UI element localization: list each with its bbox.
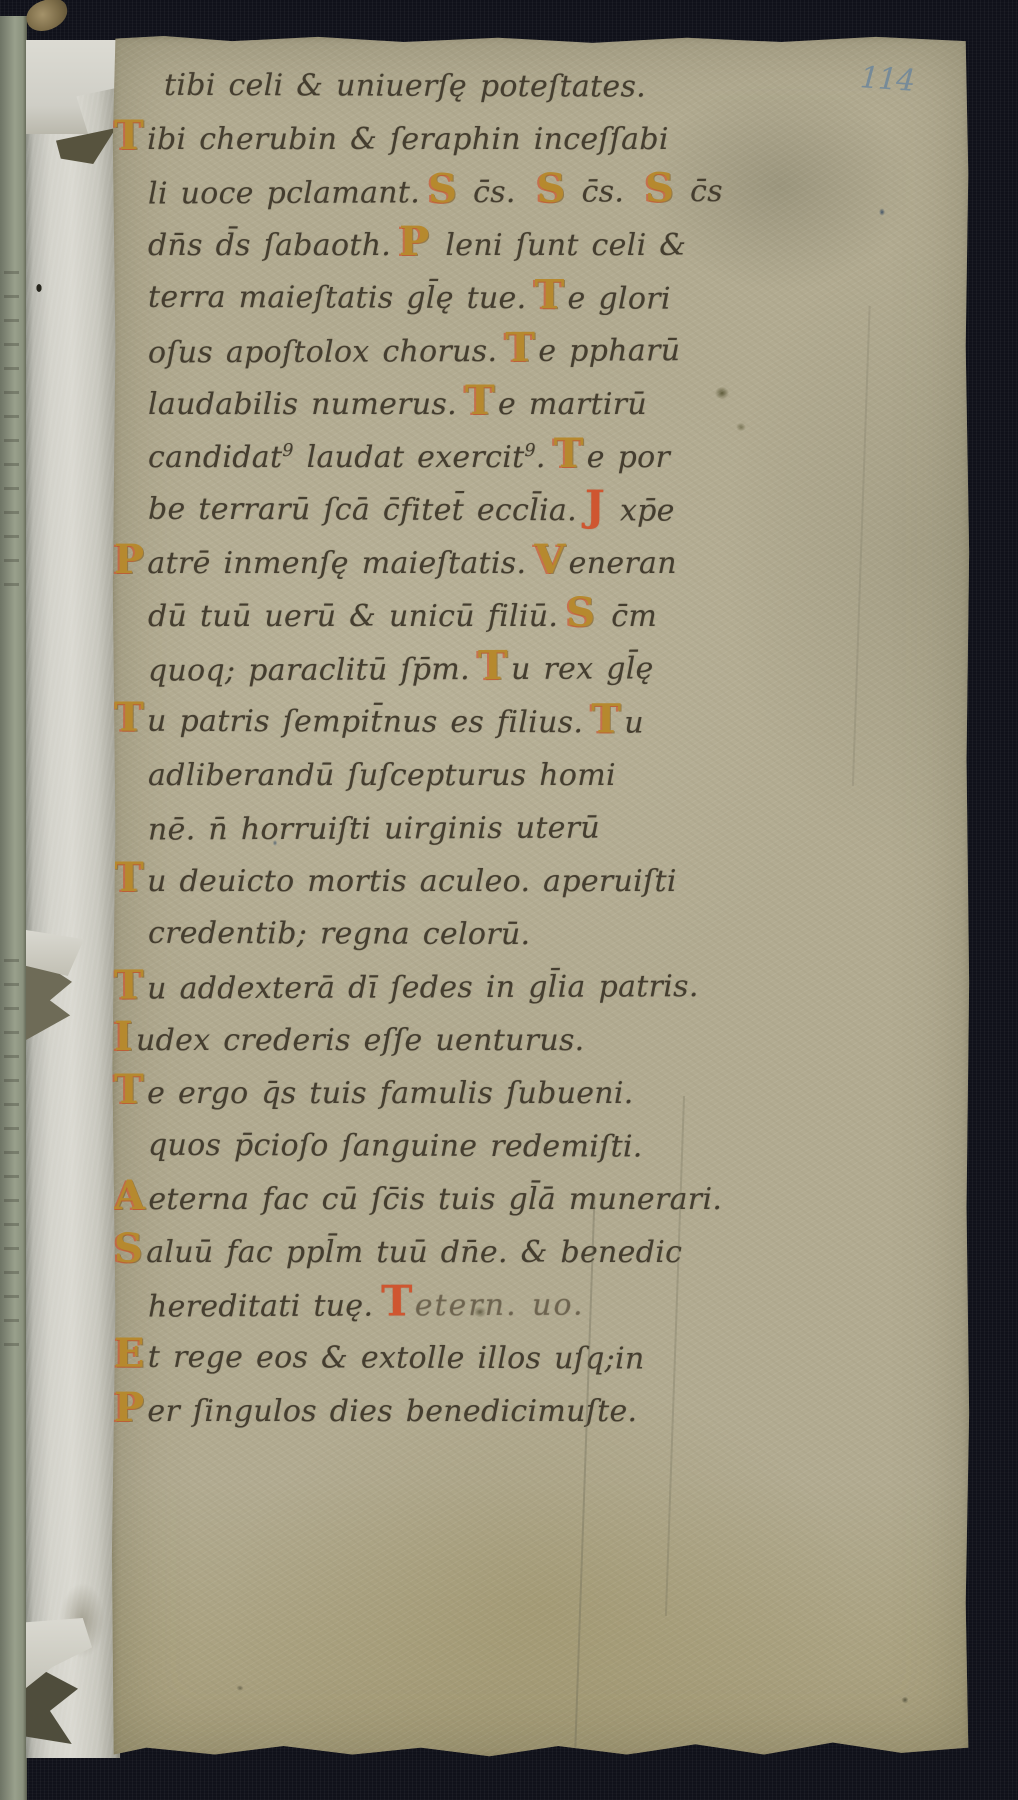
illuminated-initial: T (591, 695, 621, 742)
illuminated-initial: A (114, 1172, 145, 1219)
manuscript-text: terra maieſtatis gl̄ę tue. (148, 280, 527, 316)
photo-background: 114 tibi celi & uniuerſę poteſtates.Tibi… (0, 0, 1018, 1800)
manuscript-text: u (624, 705, 644, 740)
illuminated-initial: T (381, 1276, 413, 1325)
manuscript-line: Per ſingulos dies benedicimuſte. (148, 1385, 848, 1438)
illuminated-initial: T (114, 854, 144, 901)
manuscript-line: li uoce pclamant.S c̄s. S c̄s. S c̄s (148, 164, 848, 220)
manuscript-line: Aeterna fac cū ſc̄is tuis gl̄ā munerari. (148, 1173, 848, 1226)
illuminated-initial: E (114, 1330, 145, 1377)
manuscript-text: c̄s (677, 174, 723, 209)
illuminated-initial: T (465, 377, 495, 424)
manuscript-line: dū tuū uerū & unicū filiū.S c̄m (148, 590, 848, 643)
manuscript-text: . (536, 440, 546, 475)
manuscript-text: eterna fac cū ſc̄is tuis gl̄ā munerari. (148, 1182, 722, 1217)
manuscript-line: credentib; regna celorū. (148, 907, 848, 962)
manuscript-text: etern. uo. (415, 1288, 585, 1324)
illuminated-initial: P (114, 536, 144, 583)
manuscript-line: Tu patris ſempit̄nus es filius.Tu (148, 695, 848, 750)
manuscript-line: hereditati tuę.Tetern. uo. (148, 1277, 848, 1333)
manuscript-text: udex crederis eſſe uenturus. (136, 1023, 584, 1058)
manuscript-text: hereditati tuę. (148, 1289, 373, 1325)
manuscript-text: adliberandū ſuſcepturus homi (148, 758, 616, 793)
manuscript-line: Et rege eos & extolle illos uſq;in (148, 1331, 848, 1386)
illuminated-initial: T (114, 962, 144, 1009)
manuscript-text: c̄m (598, 599, 657, 634)
manuscript-line: tibi celi & uniuerſę poteſtates. (148, 59, 848, 114)
illuminated-initial: T (534, 271, 564, 318)
parchment-knot (23, 0, 71, 35)
binding-gutter-strip (26, 40, 120, 1758)
manuscript-text: eneran (569, 546, 677, 581)
manuscript-line: Tu addexterā dī ſedes in gl̄ia patris. (148, 959, 848, 1015)
manuscript-line: candidat9 laudat exercit9.Te por (148, 431, 848, 484)
manuscript-text: c̄s. (569, 174, 637, 209)
illuminated-initial: P (114, 1384, 144, 1431)
manuscript-page: 114 tibi celi & uniuerſę poteſtates.Tibi… (112, 36, 970, 1758)
manuscript-line: oſus apoſtolox chorus.Te ppharū (148, 323, 848, 379)
manuscript-text: oſus apoſtolox chorus. (148, 334, 497, 371)
manuscript-line: Te ergo q̄s tuis famulis ſubueni. (148, 1067, 848, 1120)
manuscript-line: Patrē inmenſę maieſtatis.Veneran (148, 537, 848, 590)
manuscript-text: laudat exercit (294, 440, 525, 475)
manuscript-text: be terrarū ſcā c̄fitet̄ eccl̄ia. (148, 492, 577, 528)
manuscript-text: leni ſunt celi & (433, 228, 687, 263)
manuscript-text: e ergo q̄s tuis famulis ſubueni. (147, 1076, 634, 1111)
manuscript-text: e glori (568, 281, 671, 316)
manuscript-text: li uoce pclamant. (148, 175, 420, 211)
manuscript-line: Iudex crederis eſſe uenturus. (148, 1014, 848, 1067)
illuminated-initial: I (114, 1013, 133, 1060)
manuscript-text: atrē inmenſę maieſtatis. (147, 546, 526, 581)
manuscript-text: 9 (282, 441, 293, 461)
underlying-page-text-marks (4, 256, 19, 586)
manuscript-text: aluū fac ppl̄m tuū dn̄e. & benedic (146, 1235, 682, 1270)
underlying-page-edge (0, 16, 27, 1800)
manuscript-line: terra maieſtatis gl̄ę tue.Te glori (148, 271, 848, 326)
manuscript-text: u addexterā dī ſedes in gl̄ia patris. (147, 969, 699, 1006)
manuscript-text: credentib; regna celorū. (148, 916, 530, 952)
illuminated-initial: S (114, 1225, 143, 1272)
illuminated-initial: S (428, 165, 457, 212)
illuminated-initial: S (536, 165, 565, 212)
underlying-page-text-marks (4, 946, 19, 1346)
folio-number: 114 (859, 60, 916, 99)
illuminated-initial: T (114, 112, 144, 159)
manuscript-text: e por (587, 440, 670, 475)
manuscript-text: c̄s. (460, 175, 528, 210)
manuscript-text: u deuicto mortis aculeo. aperuiſti (147, 864, 677, 899)
manuscript-line: Saluū fac ppl̄m tuū dn̄e. & benedic (148, 1226, 848, 1279)
manuscript-line: quos p̄cioſo ſanguine redemiſti. (148, 1119, 848, 1174)
manuscript-text: e martirū (498, 387, 647, 422)
manuscript-line: nē. n̄ horruiſti uirginis uterū (148, 800, 848, 856)
manuscript-text: u patris ſempit̄nus es filius. (147, 704, 583, 741)
manuscript-text: ibi cherubin & ſeraphin inceſſabi (147, 122, 669, 157)
manuscript-line: be terrarū ſcā c̄fitet̄ eccl̄ia.J xp̄e (148, 483, 848, 538)
manuscript-line: Tu deuicto mortis aculeo. aperuiſti (148, 855, 848, 908)
manuscript-text: quoq; paraclitū ſp̄m. (148, 652, 470, 688)
illuminated-initial: T (114, 694, 144, 741)
illuminated-initial: T (505, 324, 535, 371)
manuscript-text: candidat (148, 440, 282, 475)
illuminated-initial: S (566, 589, 595, 636)
manuscript-line: laudabilis numerus.Te martirū (148, 378, 848, 431)
illuminated-initial: V (534, 536, 565, 583)
manuscript-text: quos p̄cioſo ſanguine redemiſti. (148, 1128, 643, 1165)
manuscript-text: 9 (524, 441, 535, 461)
manuscript-text: laudabilis numerus. (148, 387, 457, 422)
illuminated-initial: T (478, 642, 508, 689)
manuscript-text: u rex gl̄ę (511, 651, 654, 687)
illuminated-initial: T (114, 1066, 144, 1113)
illuminated-initial: P (399, 218, 429, 265)
illuminated-initial: S (645, 164, 674, 211)
illuminated-initial: T (554, 430, 584, 477)
manuscript-text: er ſingulos dies benedicimuſte. (147, 1394, 637, 1429)
manuscript-text: xp̄e (607, 493, 675, 528)
manuscript-text: nē. n̄ horruiſti uirginis uterū (148, 811, 600, 848)
illuminated-initial: J (585, 481, 605, 530)
manuscript-text: tibi celi & uniuerſę poteſtates. (164, 68, 646, 105)
manuscript-text: dn̄s d̄s ſabaoth. (148, 228, 391, 263)
manuscript-text: t rege eos & extolle illos uſq;in (148, 1340, 645, 1377)
text-block: tibi celi & uniuerſę poteſtates.Tibi che… (148, 60, 848, 1438)
manuscript-line: adliberandū ſuſcepturus homi (148, 749, 848, 802)
manuscript-text: e ppharū (538, 333, 680, 369)
manuscript-text: dū tuū uerū & unicū filiū. (148, 599, 558, 634)
manuscript-line: Tibi cherubin & ſeraphin inceſſabi (148, 113, 848, 166)
manuscript-line: dn̄s d̄s ſabaoth.P leni ſunt celi & (148, 219, 848, 272)
manuscript-line: quoq; paraclitū ſp̄m.Tu rex gl̄ę (148, 641, 848, 697)
